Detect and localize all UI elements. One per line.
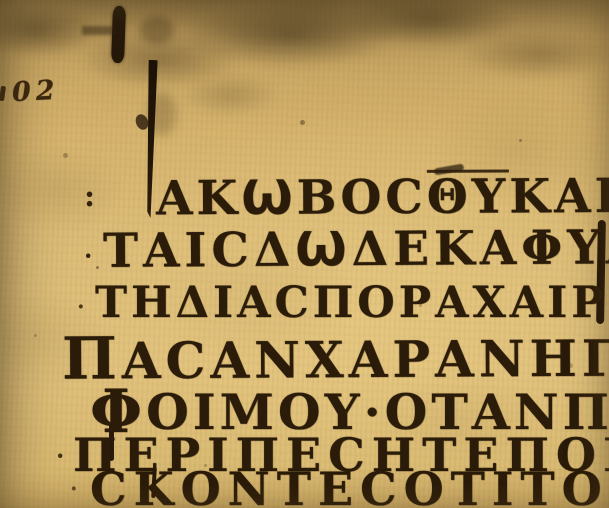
photo-vignette <box>0 0 609 508</box>
manuscript-page: 02 : · · · · ΑΚѠΒΟCΘΥΚΑΙΚ ΤΑΙCΔѠΔΕΚΑΦΥΛ … <box>0 0 609 508</box>
